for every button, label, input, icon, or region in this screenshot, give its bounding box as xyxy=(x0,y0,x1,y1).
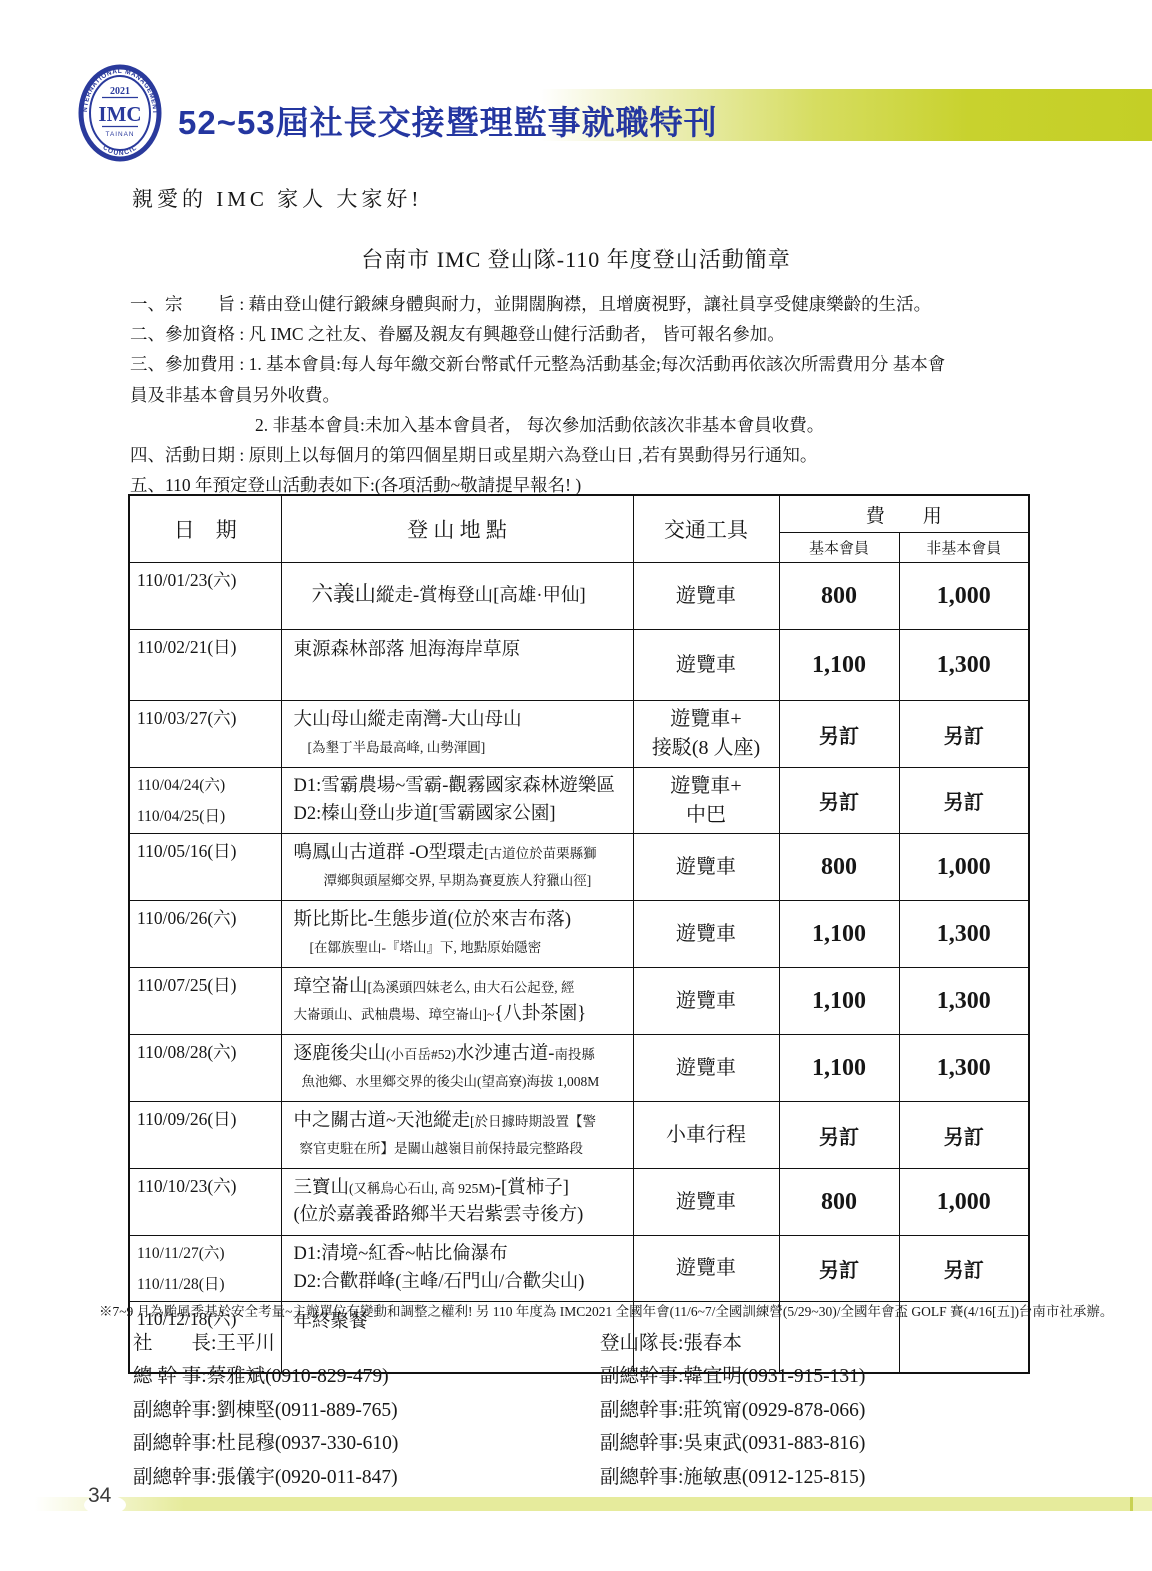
location-text: (小百岳#52) xyxy=(386,1047,456,1062)
imc-logo-icon: INTERNATIONAL MANAGEMENT COUNCIL 2021 IM… xyxy=(78,64,162,162)
location-cell: 東源森林部落 旭海海岸草原 xyxy=(281,630,633,701)
location-line: D2:合歡群峰(主峰/石門山/合歡尖山) xyxy=(294,1269,631,1297)
date-cell: 110/02/21(日) xyxy=(129,630,281,701)
table-row: 110/09/26(日)中之關古道~天池縱走[於日據時期設置【警察官吏駐在所】是… xyxy=(129,1102,1029,1169)
col-header-fee-basic: 基本會員 xyxy=(779,533,899,563)
location-text: 逐鹿後尖山 xyxy=(294,1044,387,1064)
intro-paragraphs: 一、宗 旨 : 藉由登山健行鍛練身體與耐力，並開闊胸襟，且增廣視野，讓社員享受健… xyxy=(130,289,1042,500)
transport-cell: 遊覽車 xyxy=(633,1169,779,1236)
location-text: 潭鄉與頭屋鄉交界, 早期為賽夏族人狩獵山徑] xyxy=(324,873,592,888)
location-line: D1:雪霸農場~雪霸-觀霧國家森林遊樂區 xyxy=(294,773,631,801)
transport-text: 遊覽車 xyxy=(634,582,779,611)
col-header-fee-nonbasic: 非基本會員 xyxy=(899,533,1029,563)
location-line: [在鄒族聖山-『塔山』下, 地點原始隱密 xyxy=(294,935,631,962)
header-row: 日 期 登 山 地 點 交通工具 費 用 xyxy=(129,495,1029,533)
fee-nonbasic-cell: 1,300 xyxy=(899,901,1029,968)
location-text: 中之關古道~天池縱走 xyxy=(294,1111,471,1131)
date-text: 110/01/23(六) xyxy=(137,568,279,593)
location-text: D2:合歡群峰(主峰/石門山/合歡尖山) xyxy=(294,1272,585,1292)
transport-text: 遊覽車 xyxy=(634,1188,779,1217)
location-text: -[賞柿子] xyxy=(495,1178,569,1198)
table-row: 110/03/27(六)大山母山縱走南灣-大山母山[為墾丁半島最高峰, 山勢渾圓… xyxy=(129,701,1029,768)
date-text: 110/10/23(六) xyxy=(137,1174,279,1199)
contact-line: 社 長:王平川 xyxy=(133,1327,398,1360)
date-text: 110/06/26(六) xyxy=(137,906,279,931)
date-text: 110/11/28(日) xyxy=(137,1269,279,1300)
location-text: 大崙頭山、武柚農場、璋空崙山]~ xyxy=(294,1007,495,1022)
location-text: (又稱烏心石山, 高 925M) xyxy=(349,1181,495,1196)
contact-line: 副總幹事:劉棟堅(0911-889-765) xyxy=(133,1394,398,1427)
table-row: 110/08/28(六)逐鹿後尖山(小百岳#52)水沙連古道-南投縣魚池鄉、水里… xyxy=(129,1035,1029,1102)
transport-cell: 遊覽車 xyxy=(633,901,779,968)
fee-basic-cell: 另訂 xyxy=(779,768,899,834)
location-text: D2:榛山登山步道[雪霸國家公園] xyxy=(294,804,556,824)
location-line: 斯比斯比-生態步道(位於來吉布落) xyxy=(294,907,631,935)
location-text: (位於嘉義番路鄉半天岩紫雲寺後方) xyxy=(294,1205,584,1225)
location-text: [在鄒族聖山-『塔山』下, 地點原始隱密 xyxy=(310,940,542,955)
fee-nonbasic-cell: 1,000 xyxy=(899,563,1029,630)
col-header-location: 登 山 地 點 xyxy=(281,495,633,563)
transport-text: 小車行程 xyxy=(634,1121,779,1150)
location-line: (位於嘉義番路鄉半天岩紫雲寺後方) xyxy=(294,1202,631,1230)
location-text: 斯比斯比-生態步道(位於來吉布落) xyxy=(294,910,571,930)
date-text: 110/07/25(日) xyxy=(137,973,279,998)
table-row: 110/06/26(六)斯比斯比-生態步道(位於來吉布落)[在鄒族聖山-『塔山』… xyxy=(129,901,1029,968)
location-text: 璋空崙山 xyxy=(294,977,368,997)
location-line: 大崙頭山、武柚農場、璋空崙山]~{八卦茶園} xyxy=(294,1001,631,1029)
location-text: 縱走-賞梅登山[高雄·甲仙] xyxy=(376,586,586,606)
greeting-line: 親愛的 IMC 家人 大家好! xyxy=(132,183,422,213)
location-line: 逐鹿後尖山(小百岳#52)水沙連古道-南投縣 xyxy=(294,1041,631,1069)
location-line: 中之關古道~天池縱走[於日據時期設置【警 xyxy=(294,1108,631,1136)
transport-text: 接駁(8 人座) xyxy=(634,734,779,763)
transport-text: 遊覽車 xyxy=(634,1054,779,1083)
fee-nonbasic-cell: 1,000 xyxy=(899,834,1029,901)
fee-basic-cell: 800 xyxy=(779,563,899,630)
location-line: D2:榛山登山步道[雪霸國家公園] xyxy=(294,801,631,829)
schedule-section: 日 期 登 山 地 點 交通工具 費 用 基本會員 非基本會員 110/01/2… xyxy=(128,494,1030,1374)
table-row: 110/04/24(六)110/04/25(日)D1:雪霸農場~雪霸-觀霧國家森… xyxy=(129,768,1029,834)
location-text: {八卦茶園} xyxy=(494,1004,586,1024)
date-text: 110/03/27(六) xyxy=(137,706,279,731)
location-line: 三寶山(又稱烏心石山, 高 925M)-[賞柿子] xyxy=(294,1175,631,1203)
contacts-left-column: 社 長:王平川總 幹 事:蔡雅斌(0910-829-479)副總幹事:劉棟堅(0… xyxy=(133,1327,398,1494)
fee-nonbasic-cell: 另訂 xyxy=(899,1236,1029,1302)
location-text: 東源森林部落 旭海海岸草原 xyxy=(294,640,521,660)
location-cell: 璋空崙山[為溪頭四妹老么, 由大石公起登, 經大崙頭山、武柚農場、璋空崙山]~{… xyxy=(281,968,633,1035)
location-line: D1:清境~紅香~帖比倫瀑布 xyxy=(294,1241,631,1269)
location-line: 察官吏駐在所】是關山越嶺目前保持最完整路段 xyxy=(294,1136,631,1163)
footer-bar xyxy=(0,1497,1152,1511)
date-text: 110/04/25(日) xyxy=(137,801,279,832)
location-line: [為墾丁半島最高峰, 山勢渾圓] xyxy=(294,735,631,762)
logo-acronym: IMC xyxy=(98,102,141,126)
doc-title: 台南市 IMC 登山隊-110 年度登山活動簡章 xyxy=(0,243,1152,274)
date-text: 110/04/24(六) xyxy=(137,770,279,801)
logo-city: TAINAN xyxy=(106,131,135,138)
contact-line: 副總幹事:莊筑甯(0929-878-066) xyxy=(600,1394,865,1427)
col-header-date: 日 期 xyxy=(129,495,281,563)
fee-nonbasic-cell: 1,000 xyxy=(899,1169,1029,1236)
date-cell: 110/04/24(六)110/04/25(日) xyxy=(129,768,281,834)
contact-line: 副總幹事:韓宜明(0931-915-131) xyxy=(600,1360,865,1393)
intro-line: 一、宗 旨 : 藉由登山健行鍛練身體與耐力，並開闊胸襟，且增廣視野，讓社員享受健… xyxy=(130,289,1042,319)
table-row: 110/07/25(日)璋空崙山[為溪頭四妹老么, 由大石公起登, 經大崙頭山、… xyxy=(129,968,1029,1035)
contact-line: 登山隊長:張春本 xyxy=(600,1327,865,1360)
transport-text: 遊覽車 xyxy=(634,651,779,680)
location-cell: D1:清境~紅香~帖比倫瀑布D2:合歡群峰(主峰/石門山/合歡尖山) xyxy=(281,1236,633,1302)
transport-cell: 遊覽車 xyxy=(633,968,779,1035)
location-text: [於日據時期設置【警 xyxy=(470,1114,596,1129)
date-text: 110/05/16(日) xyxy=(137,839,279,864)
contact-line: 副總幹事:施敏惠(0912-125-815) xyxy=(600,1461,865,1494)
location-text: 魚池鄉、水里鄉交界的後尖山(望高寮)海拔 1,008M xyxy=(302,1074,600,1089)
location-line: 大山母山縱走南灣-大山母山 xyxy=(294,707,631,735)
transport-cell: 遊覽車+中巴 xyxy=(633,768,779,834)
intro-line: 四、活動日期 : 原則上以每個月的第四個星期日或星期六為登山日 ,若有異動得另行… xyxy=(130,440,1042,470)
date-text: 110/11/27(六) xyxy=(137,1238,279,1269)
location-line: 東源森林部落 旭海海岸草原 xyxy=(294,637,631,665)
location-text: [為溪頭四妹老么, 由大石公起登, 經 xyxy=(368,980,575,995)
imc-logo: INTERNATIONAL MANAGEMENT COUNCIL 2021 IM… xyxy=(78,64,162,162)
location-line: 鳴鳳山古道群 -O型環走[古道位於苗栗縣獅 xyxy=(294,840,631,868)
location-text: [古道位於苗栗縣獅 xyxy=(484,846,597,861)
location-text: 大山母山 xyxy=(448,710,522,730)
date-cell: 110/09/26(日) xyxy=(129,1102,281,1169)
col-header-fee: 費 用 xyxy=(779,495,1029,533)
location-line: 六義山縱走-賞梅登山[高雄·甲仙] xyxy=(294,581,631,611)
transport-text: 遊覽車 xyxy=(634,920,779,949)
contact-line: 副總幹事:杜昆穆(0937-330-610) xyxy=(133,1427,398,1460)
transport-cell: 小車行程 xyxy=(633,1102,779,1169)
transport-text: 遊覽車 xyxy=(634,987,779,1016)
location-cell: D1:雪霸農場~雪霸-觀霧國家森林遊樂區D2:榛山登山步道[雪霸國家公園] xyxy=(281,768,633,834)
intro-line: 三、參加費用 : 1. 基本會員:每人每年繳交新台幣貳仟元整為活動基金;每次活動… xyxy=(130,349,1042,379)
table-row: 110/11/27(六)110/11/28(日)D1:清境~紅香~帖比倫瀑布D2… xyxy=(129,1236,1029,1302)
location-cell: 中之關古道~天池縱走[於日據時期設置【警察官吏駐在所】是關山越嶺目前保持最完整路… xyxy=(281,1102,633,1169)
location-cell: 大山母山縱走南灣-大山母山[為墾丁半島最高峰, 山勢渾圓] xyxy=(281,701,633,768)
location-text: 南投縣 xyxy=(554,1047,595,1062)
transport-cell: 遊覽車 xyxy=(633,1236,779,1302)
location-cell: 鳴鳳山古道群 -O型環走[古道位於苗栗縣獅潭鄉與頭屋鄉交界, 早期為賽夏族人狩獵… xyxy=(281,834,633,901)
schedule-table-body: 110/01/23(六)六義山縱走-賞梅登山[高雄·甲仙]遊覽車8001,000… xyxy=(129,563,1029,1374)
contact-line: 總 幹 事:蔡雅斌(0910-829-479) xyxy=(133,1360,398,1393)
location-text: 三寶山 xyxy=(294,1178,350,1198)
location-text: D1:清境~紅香~帖比倫瀑布 xyxy=(294,1244,508,1264)
location-line: 魚池鄉、水里鄉交界的後尖山(望高寮)海拔 1,008M xyxy=(294,1069,631,1096)
location-text: 六義山 xyxy=(312,582,377,606)
transport-cell: 遊覽車 xyxy=(633,630,779,701)
date-cell: 110/11/27(六)110/11/28(日) xyxy=(129,1236,281,1302)
date-text: 110/09/26(日) xyxy=(137,1107,279,1132)
table-row: 110/02/21(日)東源森林部落 旭海海岸草原遊覽車1,1001,300 xyxy=(129,630,1029,701)
page: INTERNATIONAL MANAGEMENT COUNCIL 2021 IM… xyxy=(0,0,1152,1571)
date-cell: 110/07/25(日) xyxy=(129,968,281,1035)
location-cell: 六義山縱走-賞梅登山[高雄·甲仙] xyxy=(281,563,633,630)
location-line: 潭鄉與頭屋鄉交界, 早期為賽夏族人狩獵山徑] xyxy=(294,868,631,895)
transport-text: 遊覽車 xyxy=(634,853,779,882)
transport-cell: 遊覽車+接駁(8 人座) xyxy=(633,701,779,768)
contacts-right-column: 登山隊長:張春本副總幹事:韓宜明(0931-915-131)副總幹事:莊筑甯(0… xyxy=(600,1327,865,1494)
date-cell: 110/06/26(六) xyxy=(129,901,281,968)
transport-cell: 遊覽車 xyxy=(633,834,779,901)
masthead-title: 52~53屆社長交接暨理監事就職特刊 xyxy=(178,97,718,144)
intro-line: 員及非基本會員另外收費。 xyxy=(130,380,1042,410)
location-text: 大山母山縱走南灣- xyxy=(294,710,448,730)
date-text: 110/08/28(六) xyxy=(137,1040,279,1065)
date-cell: 110/10/23(六) xyxy=(129,1169,281,1236)
location-cell: 三寶山(又稱烏心石山, 高 925M)-[賞柿子](位於嘉義番路鄉半天岩紫雲寺後… xyxy=(281,1169,633,1236)
date-cell: 110/03/27(六) xyxy=(129,701,281,768)
date-cell: 110/08/28(六) xyxy=(129,1035,281,1102)
col-header-transport: 交通工具 xyxy=(633,495,779,563)
transport-cell: 遊覽車 xyxy=(633,1035,779,1102)
page-number: 34 xyxy=(88,1484,111,1508)
fee-nonbasic-cell: 1,300 xyxy=(899,1035,1029,1102)
fee-basic-cell: 800 xyxy=(779,834,899,901)
fee-basic-cell: 另訂 xyxy=(779,701,899,768)
location-cell: 逐鹿後尖山(小百岳#52)水沙連古道-南投縣魚池鄉、水里鄉交界的後尖山(望高寮)… xyxy=(281,1035,633,1102)
location-text: [為墾丁半島最高峰, 山勢渾圓] xyxy=(308,740,486,755)
schedule-table: 日 期 登 山 地 點 交通工具 費 用 基本會員 非基本會員 110/01/2… xyxy=(128,494,1030,1374)
transport-text: 遊覽車+ xyxy=(634,772,779,801)
fee-basic-cell: 另訂 xyxy=(779,1236,899,1302)
fee-basic-cell: 1,100 xyxy=(779,901,899,968)
intro-line: 二、參加資格 : 凡 IMC 之社友、眷屬及親友有興趣登山健行活動者， 皆可報名… xyxy=(130,319,1042,349)
fee-basic-cell: 1,100 xyxy=(779,968,899,1035)
location-text: D1:雪霸農場~雪霸-觀霧國家森林遊樂區 xyxy=(294,776,615,796)
logo-year: 2021 xyxy=(110,86,130,97)
table-row: 110/10/23(六)三寶山(又稱烏心石山, 高 925M)-[賞柿子](位於… xyxy=(129,1169,1029,1236)
fee-nonbasic-cell: 另訂 xyxy=(899,1102,1029,1169)
fee-basic-cell: 1,100 xyxy=(779,1035,899,1102)
transport-cell: 遊覽車 xyxy=(633,563,779,630)
schedule-table-header: 日 期 登 山 地 點 交通工具 費 用 基本會員 非基本會員 xyxy=(129,495,1029,563)
transport-text: 遊覽車 xyxy=(634,1254,779,1283)
location-cell: 斯比斯比-生態步道(位於來吉布落)[在鄒族聖山-『塔山』下, 地點原始隱密 xyxy=(281,901,633,968)
location-text: 鳴鳳山古道群 -O型環走 xyxy=(294,843,485,863)
intro-line: 2. 非基本會員:未加入基本會員者， 每次參加活動依該次非基本會員收費。 xyxy=(130,410,1042,440)
date-cell: 110/01/23(六) xyxy=(129,563,281,630)
fee-nonbasic-cell: 1,300 xyxy=(899,630,1029,701)
transport-text: 中巴 xyxy=(634,801,779,830)
contact-line: 副總幹事:張儀宇(0920-011-847) xyxy=(133,1461,398,1494)
table-row: 110/05/16(日)鳴鳳山古道群 -O型環走[古道位於苗栗縣獅潭鄉與頭屋鄉交… xyxy=(129,834,1029,901)
date-cell: 110/05/16(日) xyxy=(129,834,281,901)
fee-nonbasic-cell: 另訂 xyxy=(899,768,1029,834)
footnote: ※7~9 月為颱風季基於安全考量~主辦單位有變動和調整之權利! 另 110 年度… xyxy=(99,1300,1149,1320)
contact-line: 副總幹事:吳東武(0931-883-816) xyxy=(600,1427,865,1460)
location-text: 察官吏駐在所】是關山越嶺目前保持最完整路段 xyxy=(300,1141,584,1156)
fee-basic-cell: 另訂 xyxy=(779,1102,899,1169)
transport-text: 遊覽車+ xyxy=(634,705,779,734)
date-text: 110/02/21(日) xyxy=(137,635,279,660)
footer-bar-end xyxy=(1133,1497,1152,1511)
fee-basic-cell: 1,100 xyxy=(779,630,899,701)
location-line: 璋空崙山[為溪頭四妹老么, 由大石公起登, 經 xyxy=(294,974,631,1002)
fee-nonbasic-cell: 1,300 xyxy=(899,968,1029,1035)
fee-basic-cell: 800 xyxy=(779,1169,899,1236)
fee-nonbasic-cell: 另訂 xyxy=(899,701,1029,768)
location-text: 水沙連古道- xyxy=(456,1044,555,1064)
table-row: 110/01/23(六)六義山縱走-賞梅登山[高雄·甲仙]遊覽車8001,000 xyxy=(129,563,1029,630)
